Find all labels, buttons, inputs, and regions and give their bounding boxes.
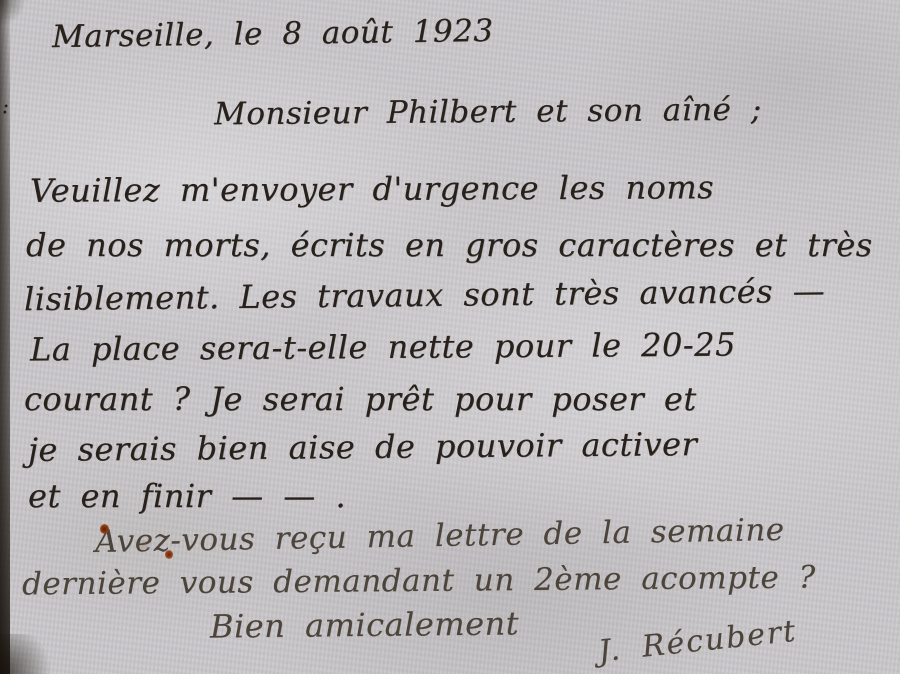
- letter-closing: Bien amicalement: [210, 604, 519, 645]
- letter-body-line: et en finir — — .: [28, 477, 346, 515]
- letter-body-line: La place sera-t-elle nette pour le 20-25: [30, 326, 736, 369]
- foxing-spot: [165, 550, 173, 559]
- letter-salutation: Monsieur Philbert et son aîné ;: [214, 92, 762, 133]
- letter-signature: J. Récubert: [597, 614, 799, 670]
- letter-dateline: Marseille, le 8 août 1923: [52, 13, 494, 55]
- letter-body-line: dernière vous demandant un 2ème acompte …: [22, 560, 816, 603]
- photo-edge-shadow: [0, 0, 10, 674]
- letter-body-line: je serais bien aise de pouvoir activer: [28, 425, 698, 469]
- foxing-spot: [100, 524, 109, 534]
- letter-body-line: Avez-vous reçu ma lettre de la semaine: [95, 512, 785, 560]
- photo-corner-shadow: [0, 0, 26, 26]
- letter-body-line: Veuillez m'envoyer d'urgence les noms: [30, 168, 714, 210]
- paper-smudge: [137, 540, 151, 550]
- letter-body-line: courant ? Je serai prêt pour poser et: [24, 380, 697, 418]
- photo-corner-shadow: [0, 634, 60, 674]
- letter-photograph: Marseille, le 8 août 1923 : Monsieur Phi…: [0, 0, 900, 674]
- letter-body-line: lisiblement. Les travaux sont très avanc…: [24, 272, 826, 318]
- letter-body-line: de nos morts, écrits en gros caractères …: [26, 226, 873, 264]
